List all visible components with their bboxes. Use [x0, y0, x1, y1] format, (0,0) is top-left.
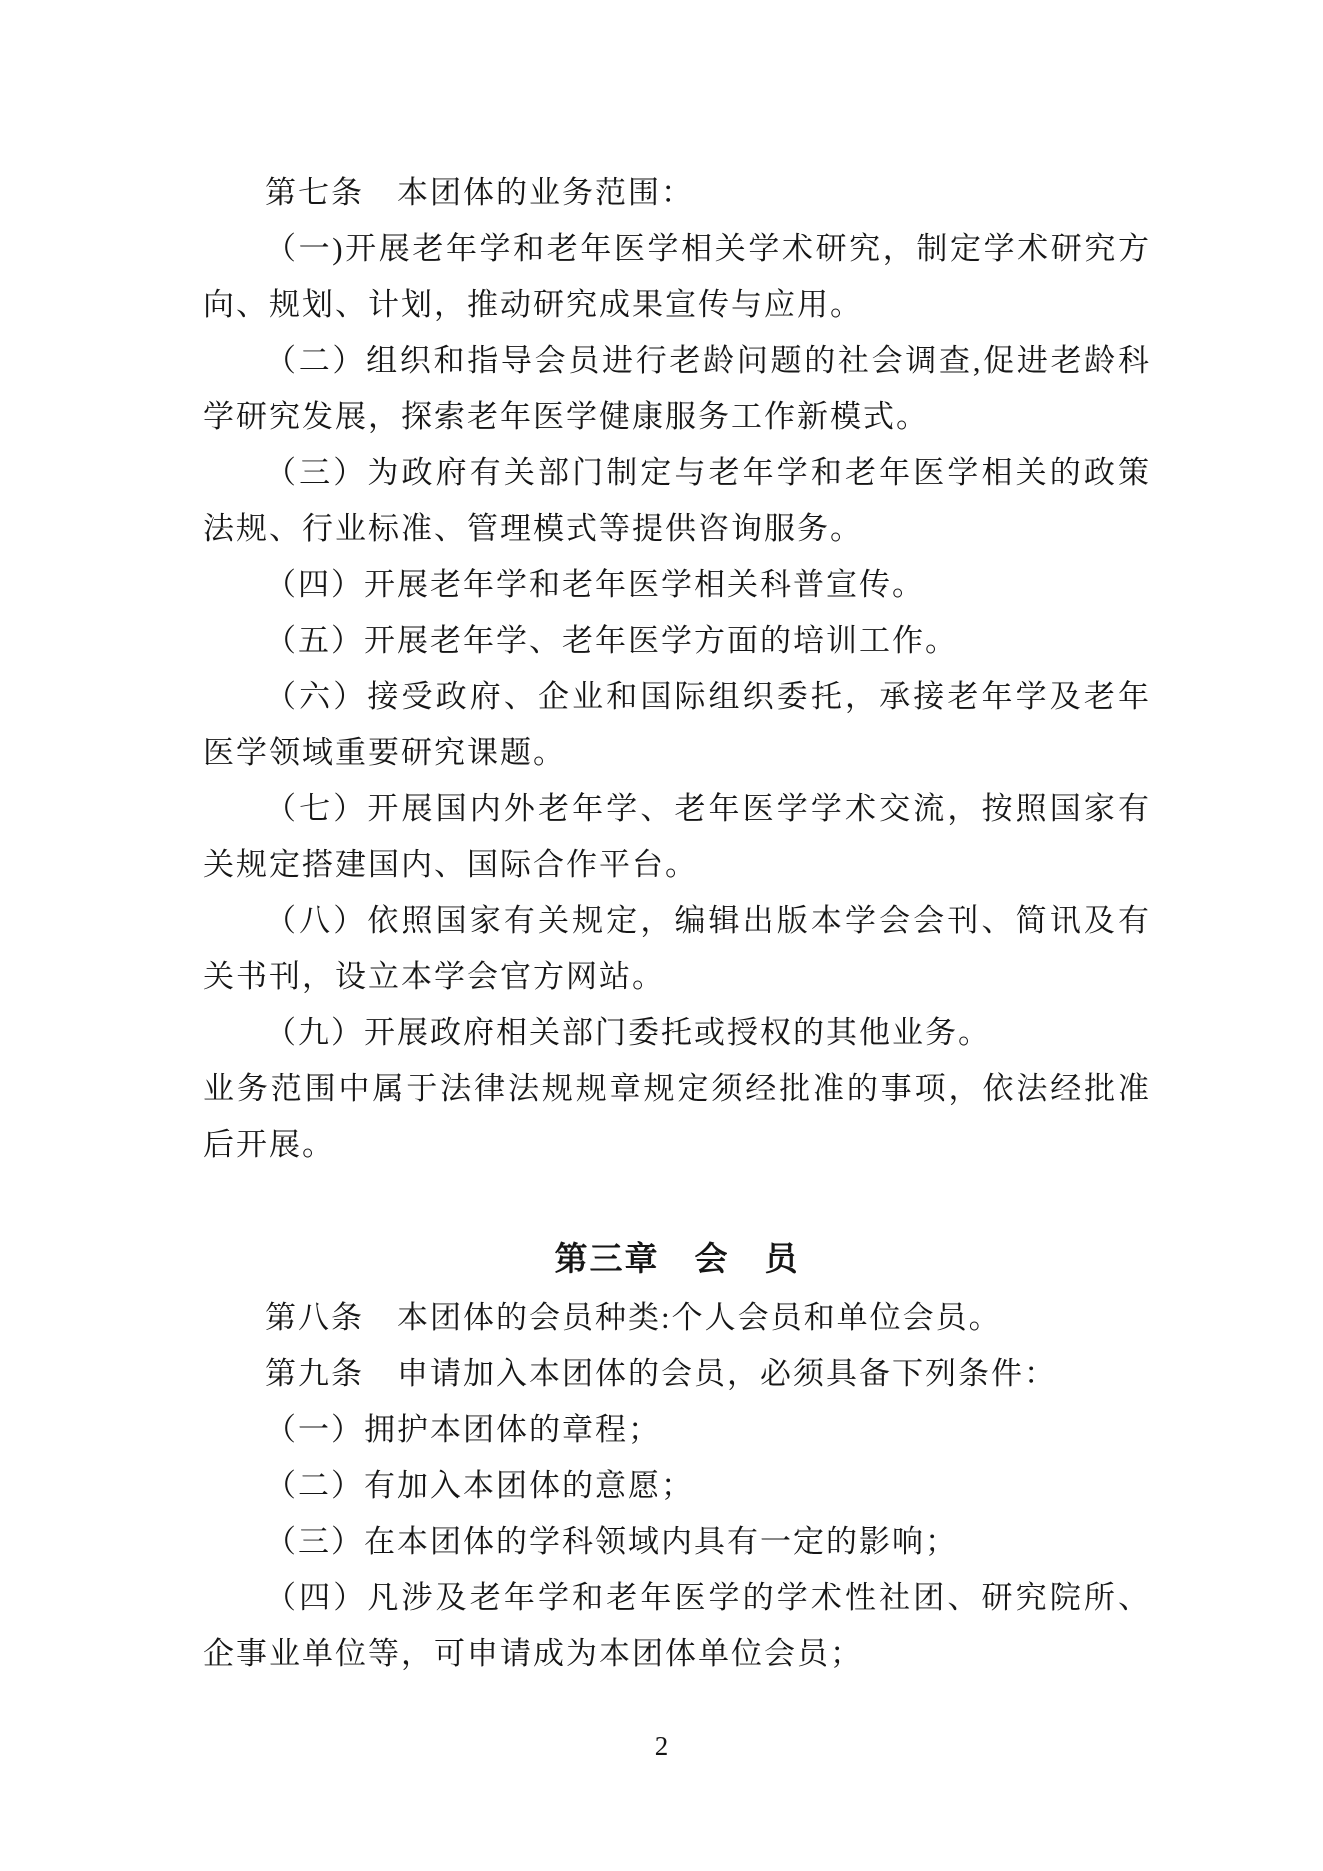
article-7-item-7: （七）开展国内外老年学、老年医学学术交流，按照国家有关规定搭建国内、国际合作平台… — [203, 781, 1151, 893]
article-7-item-3: （三）为政府有关部门制定与老年学和老年医学相关的政策法规、行业标准、管理模式等提… — [203, 445, 1151, 557]
article-7-item-2: （二）组织和指导会员进行老龄问题的社会调查,促进老龄科学研究发展，探索老年医学健… — [203, 333, 1151, 445]
page-number: 2 — [0, 1730, 1323, 1762]
article-9-intro: 第九条 申请加入本团体的会员，必须具备下列条件： — [203, 1346, 1151, 1402]
article-9-cond-2: （二）有加入本团体的意愿； — [203, 1458, 1151, 1514]
article-9-cond-1: （一）拥护本团体的章程； — [203, 1402, 1151, 1458]
approval-note: 业务范围中属于法律法规规章规定须经批准的事项，依法经批准后开展。 — [203, 1061, 1151, 1173]
article-9-cond-4: （四）凡涉及老年学和老年医学的学术性社团、研究院所、企事业单位等，可申请成为本团… — [203, 1570, 1151, 1682]
article-7-item-6: （六）接受政府、企业和国际组织委托，承接老年学及老年医学领域重要研究课题。 — [203, 669, 1151, 781]
article-7-item-1: （一)开展老年学和老年医学相关学术研究，制定学术研究方向、规划、计划，推动研究成… — [203, 221, 1151, 333]
article-7-item-5: （五）开展老年学、老年医学方面的培训工作。 — [203, 613, 1151, 669]
chapter-3-heading: 第三章 会 员 — [203, 1230, 1151, 1290]
article-7-item-8: （八）依照国家有关规定，编辑出版本学会会刊、简讯及有关书刊，设立本学会官方网站。 — [203, 893, 1151, 1005]
article-9-cond-3: （三）在本团体的学科领域内具有一定的影响； — [203, 1514, 1151, 1570]
article-7-item-4: （四）开展老年学和老年医学相关科普宣传。 — [203, 557, 1151, 613]
page-body: 第七条 本团体的业务范围： （一)开展老年学和老年医学相关学术研究，制定学术研究… — [203, 165, 1151, 1682]
article-7-intro: 第七条 本团体的业务范围： — [203, 165, 1151, 221]
article-7-item-9: （九）开展政府相关部门委托或授权的其他业务。 — [203, 1005, 1151, 1061]
document-page: 第七条 本团体的业务范围： （一)开展老年学和老年医学相关学术研究，制定学术研究… — [0, 0, 1323, 1871]
article-8: 第八条 本团体的会员种类:个人会员和单位会员。 — [203, 1290, 1151, 1346]
